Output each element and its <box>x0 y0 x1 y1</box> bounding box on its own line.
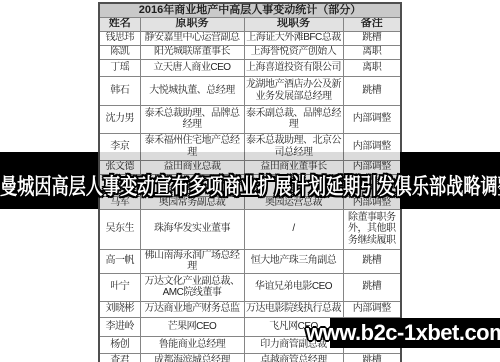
cell-current-position: 华谊兄弟电影CEO <box>244 273 343 301</box>
cell-note: 离职 <box>343 59 401 76</box>
column-header-note: 备注 <box>343 17 401 31</box>
cell-current-position: 万达电影院线执行总裁 <box>244 301 343 317</box>
column-header-from: 原职务 <box>140 17 244 31</box>
table-row: 刘晓彬 万达商业地产财务总监 万达电影院线执行总裁 内部调整 <box>99 301 401 317</box>
cell-original-position: 静安嘉里中心运营副总 <box>140 31 244 45</box>
cell-name: 陈凯 <box>99 45 140 59</box>
table-row: 沈力男 泰禾总裁助理、品牌总经理 泰禾副总裁、品牌总经理 内部调整 <box>99 105 401 133</box>
cell-name: 李进岭 <box>99 317 140 336</box>
watermark-text: www.b2c-1xbet.com <box>306 320 500 346</box>
headline-banner: 曼城因高层人事变动宣布多项商业扩展计划延期引发俱乐部战略调整 <box>0 170 500 201</box>
table-row: 韩石 大悦城执董、总经理 龙湖地产酒店办公及新业务发展部总经理 跳槽 <box>99 76 401 105</box>
cell-current-position: / <box>244 209 343 249</box>
cell-current-position: 龙湖地产酒店办公及新业务发展部总经理 <box>244 76 343 105</box>
cell-note: 离职 <box>343 45 401 59</box>
table-row: 叶宁 万达文化产业副总裁、AMC院线董事 华谊兄弟电影CEO 跳槽 <box>99 273 401 301</box>
cell-note: 跳槽 <box>343 273 401 301</box>
cell-name: 高一帆 <box>99 249 140 273</box>
cell-original-position: 芒果网CEO <box>140 317 244 336</box>
table-title: 2016年商业地产中高层人事变动统计（部分） <box>99 3 401 17</box>
cell-original-position: 泰禾总裁助理、品牌总经理 <box>140 105 244 133</box>
cell-original-position: 万达文化产业副总裁、AMC院线董事 <box>140 273 244 301</box>
table-row: 高一帆 佛山南海永润广场总经理 恒大地产珠三角副总 跳槽 <box>99 249 401 273</box>
cell-note: 跳槽 <box>343 31 401 45</box>
cell-name: 韩石 <box>99 76 140 105</box>
cell-name: 吴东生 <box>99 209 140 249</box>
cell-current-position: 卓越商管总经理 <box>244 353 343 362</box>
cell-name: 查君 <box>99 353 140 362</box>
table-row: 吴东生 珠海华发实业董事 / 除董事职务外，其他职务继续履职 <box>99 209 401 249</box>
cell-original-position: 大悦城执董、总经理 <box>140 76 244 105</box>
cell-note: 跳槽 <box>343 249 401 273</box>
cell-original-position: 佛山南海永润广场总经理 <box>140 249 244 273</box>
cell-note: 跳槽 <box>343 76 401 105</box>
table-row: 查君 成都海滨城总经理 卓越商管总经理 跳槽 <box>99 353 401 362</box>
cell-original-position: 鲁能商业总经理 <box>140 336 244 353</box>
cell-name: 钱思玮 <box>99 31 140 45</box>
cell-current-position: 恒大地产珠三角副总 <box>244 249 343 273</box>
table-header-row: 姓名 原职务 现职务 备注 <box>99 17 401 31</box>
cell-original-position: 立天唐人商业CEO <box>140 59 244 76</box>
table-title-row: 2016年商业地产中高层人事变动统计（部分） <box>99 3 401 17</box>
cell-current-position: 上海喜道投资有限公司 <box>244 59 343 76</box>
cell-note: 内部调整 <box>343 105 401 133</box>
column-header-name: 姓名 <box>99 17 140 31</box>
table-row: 陈凯 阳光城联席董事长 上海誉悦资产创始人 离职 <box>99 45 401 59</box>
cell-original-position: 阳光城联席董事长 <box>140 45 244 59</box>
cell-name: 丁瑶 <box>99 59 140 76</box>
cell-name: 沈力男 <box>99 105 140 133</box>
cell-name: 刘晓彬 <box>99 301 140 317</box>
column-header-to: 现职务 <box>244 17 343 31</box>
cell-original-position: 万达商业地产财务总监 <box>140 301 244 317</box>
cell-note: 除董事职务外，其他职务继续履职 <box>343 209 401 249</box>
cell-note: 内部调整 <box>343 301 401 317</box>
cell-current-position: 泰禾副总裁、品牌总经理 <box>244 105 343 133</box>
cell-name: 杨创 <box>99 336 140 353</box>
cell-note: 跳槽 <box>343 353 401 362</box>
cell-original-position: 成都海滨城总经理 <box>140 353 244 362</box>
table-row: 丁瑶 立天唐人商业CEO 上海喜道投资有限公司 离职 <box>99 59 401 76</box>
cell-current-position: 上海证大外滩BFC总裁 <box>244 31 343 45</box>
table-row: 钱思玮 静安嘉里中心运营副总 上海证大外滩BFC总裁 跳槽 <box>99 31 401 45</box>
cell-name: 叶宁 <box>99 273 140 301</box>
page: 2016年商业地产中高层人事变动统计（部分） 姓名 原职务 现职务 备注 钱思玮… <box>0 0 500 362</box>
cell-original-position: 珠海华发实业董事 <box>140 209 244 249</box>
cell-current-position: 上海誉悦资产创始人 <box>244 45 343 59</box>
